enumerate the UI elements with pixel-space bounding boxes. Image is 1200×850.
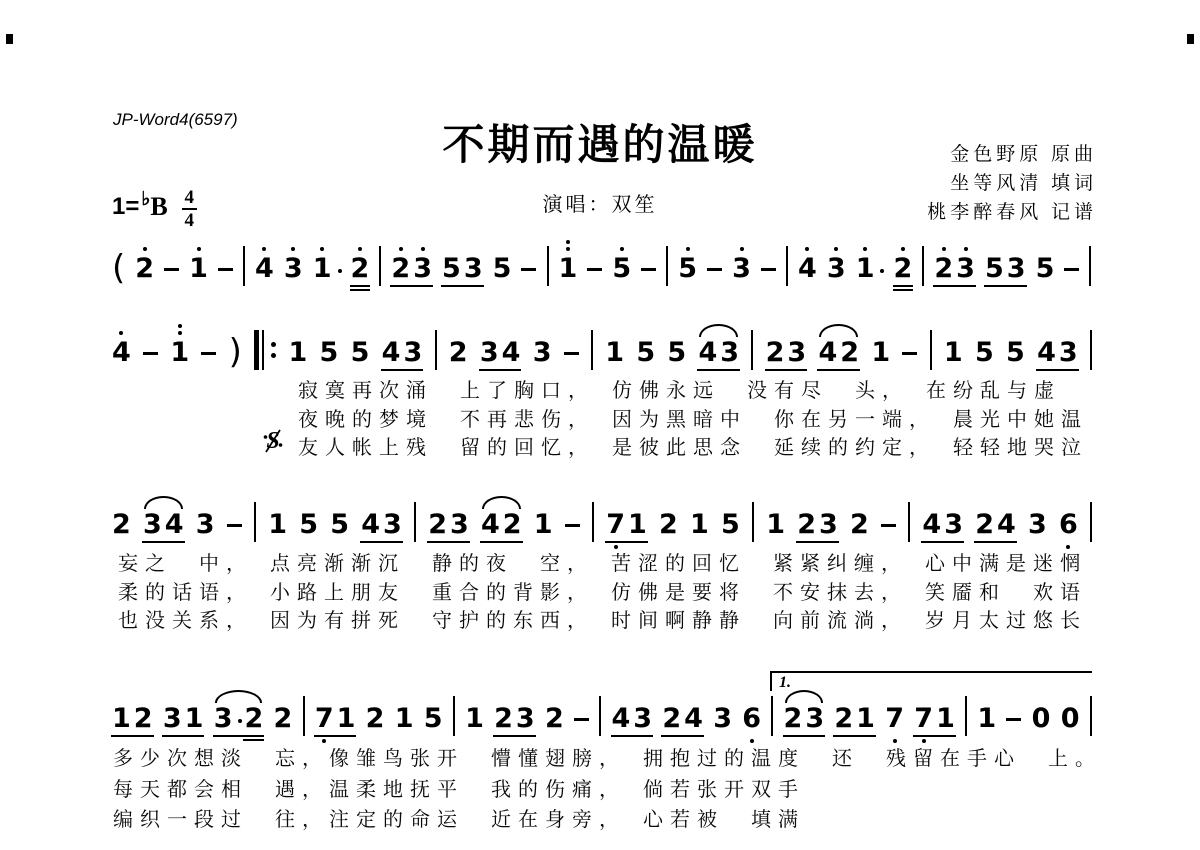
note-number: 3 [214,703,233,734]
note-number: 2 [662,703,681,734]
note: 3 [787,339,806,366]
note: 7 [885,705,904,732]
note-number: 5 [424,703,443,734]
beam-underline [974,541,1017,543]
lyric-line: 友人帐上残 留的回忆， 是彼此思念 延续的约定， 轻轻地哭泣 [298,431,1088,460]
note-group: 53 [442,255,483,282]
note: 2 [244,705,263,732]
duration-dash [1006,718,1021,721]
note-number: 4 [112,337,131,368]
octave-dot-above [143,247,147,251]
note-number: 1 [977,703,996,734]
note-number: 4 [698,337,717,368]
note: 1 [856,255,875,282]
note: 2 [274,705,293,732]
note-number: 4 [684,703,703,734]
beam-underline [783,735,826,737]
note-number: 5 [636,337,655,368]
music-system-3: 23431554323421712151232432436 [112,504,1092,538]
note-number: 3 [413,253,432,284]
note-number: 3 [720,337,739,368]
slur-arc [482,496,521,509]
duration-dash [761,268,776,271]
duration-dash [143,352,158,355]
note-number: 1 [690,509,709,540]
barline [243,246,245,286]
note: 5 [612,255,631,282]
open-paren: ( [112,251,125,285]
note-number: 3 [480,337,499,368]
note-number: 0 [1032,703,1051,734]
note: 3 [143,511,162,538]
note-number: 5 [299,509,318,540]
credit-transcriber: 桃李醉春风 记谱 [927,198,1097,227]
note: 2 [449,339,468,366]
repeat-dot [271,342,276,347]
lyric-line: 夜晚的梦境 不再悲伤， 因为黑暗中 你在另一端， 晨光中她温 [298,403,1088,432]
barline [414,502,416,542]
beam-underline [480,541,523,543]
note: 1 [465,705,484,732]
note-number: 4 [165,509,184,540]
octave-dot-above [805,247,809,251]
octave-dot-above [291,247,295,251]
slur-arc [215,690,263,703]
key-tonic: 1= [112,193,139,221]
note: 3 [1028,511,1047,538]
note-number: 2 [659,509,678,540]
note-number: 1 [268,509,287,540]
duration-underline [893,289,914,291]
note: 3 [403,339,422,366]
note: 7 [315,705,334,732]
barline [965,696,967,736]
note-number: 1 [936,703,955,734]
barline [908,502,910,542]
meter-beats: 4 [184,188,194,207]
note: 4 [997,511,1016,538]
note: 1 [534,511,553,538]
augmentation-dot [880,269,884,273]
octave-dot-above [197,247,201,251]
note-group: 23 [766,339,807,366]
note-number: 2 [975,509,994,540]
note-number: 1 [856,253,875,284]
note-number: 1 [395,703,414,734]
note: 3 [827,255,846,282]
octave-dot-above [740,247,744,251]
note: 2 [784,705,803,732]
note-number: 4 [361,509,380,540]
close-paren: ) [229,335,242,369]
note: 2 [934,255,953,282]
repeat-dots [271,342,276,358]
note-number: 4 [255,253,274,284]
slur-arc [144,496,183,509]
barline [666,246,668,286]
note: 2 [112,511,131,538]
note: 1 [185,705,204,732]
note: 5 [667,339,686,366]
note-number: 3 [713,703,732,734]
note-number: 1 [288,337,307,368]
note-number: 5 [985,253,1004,284]
note-number: 5 [351,337,370,368]
note-group: 23 [797,511,838,538]
note: 6 [742,705,761,732]
note: 4 [382,339,401,366]
note: 2 [134,705,153,732]
lyric-line: 每天都会相 遇，温柔地抚平 我的伤痛， 倘若张开双手 [113,773,805,802]
octave-dot-above [566,247,570,251]
note-number: 7 [606,509,625,540]
note: 1 [268,511,287,538]
note-number: 2 [934,253,953,284]
note: 4 [612,705,631,732]
note: 2 [545,705,564,732]
note-group: 32 [214,705,264,732]
note-number: 5 [721,509,740,540]
beam-underline [142,541,185,543]
note: 3 [1059,339,1078,366]
octave-dot-above [178,331,182,335]
duration-dash [565,524,580,527]
augmentation-dot [338,269,342,273]
duration-dash [641,268,656,271]
note-number: 3 [732,253,751,284]
note-group: 53 [985,255,1026,282]
key-signature: 1= ♭ B 4 4 [112,186,197,228]
note-number: 1 [189,253,208,284]
note: 3 [196,511,215,538]
note: 5 [320,339,339,366]
note-number: 3 [163,703,182,734]
note-number: 2 [351,253,370,284]
note: 4 [165,511,184,538]
note-number: 1 [170,337,189,368]
note: 5 [424,705,443,732]
note-number: 1 [337,703,356,734]
note: 2 [391,255,410,282]
note: 4 [684,705,703,732]
segno-icon: S [262,428,284,454]
beam-underline [605,541,648,543]
note-number: 3 [516,703,535,734]
note-number: 5 [1006,337,1025,368]
note: 1 [112,705,131,732]
note-group: 71 [315,705,356,732]
note-number: 3 [1028,509,1047,540]
note-group: 43 [612,705,653,732]
duration-dash [902,352,917,355]
duration-dash [564,352,579,355]
flat-icon: ♭ [141,188,150,211]
note: 3 [713,705,732,732]
note-group: 23 [428,511,469,538]
note-number: 3 [196,509,215,540]
note-number: 2 [766,337,785,368]
note: 1 [559,255,578,282]
note: 5 [351,339,370,366]
note-group: 34 [143,511,184,538]
note: 3 [214,705,233,732]
note: 2 [494,705,513,732]
note-number: 5 [330,509,349,540]
duration-dash [574,718,589,721]
music-system-2: 41)155432343155432342115543 [112,332,1092,366]
beam-underline [933,285,976,287]
note-number: 3 [827,253,846,284]
note: 5 [975,339,994,366]
note: 4 [922,511,941,538]
beam-underline [913,735,956,737]
octave-dot-above [119,331,123,335]
barline [591,330,593,370]
duration-dash [587,268,602,271]
beam-underline [390,285,433,287]
note: 5 [299,511,318,538]
note-number: 5 [975,337,994,368]
lyric-line: 多少次想淡 忘，像雏鸟张开 懵懂翅膀， 拥抱过的温度 还 残留在手心 上。 [113,742,1102,771]
octave-dot-above [566,240,570,244]
note: 5 [330,511,349,538]
note-number: 3 [143,509,162,540]
beam-underline [427,541,470,543]
duration-dash [1064,268,1079,271]
note-number: 3 [403,337,422,368]
note-number: 4 [818,337,837,368]
note-group: 21 [834,705,875,732]
volta-bracket: 1. [770,671,1092,691]
duration-dash [227,524,242,527]
note: 4 [361,511,380,538]
note-number: 4 [382,337,401,368]
note-number: 2 [784,703,803,734]
beam-underline [162,735,205,737]
duration-dash [201,352,216,355]
note-number: 2 [840,337,859,368]
note-number: 2 [112,509,131,540]
credits-block: 金色野原 原曲 坐等风清 填词 桃李醉春风 记谱 [927,140,1097,227]
augmentation-dot [238,719,242,723]
score-page: JP-Word4(6597) 不期而遇的温暖 演唱：双笙 金色野原 原曲 坐等风… [0,0,1200,850]
note: 4 [255,255,274,282]
note: 2 [834,705,853,732]
note: 4 [112,339,131,366]
octave-dot-above [178,324,182,328]
note: 5 [721,511,740,538]
barline [592,502,594,542]
note: 7 [606,511,625,538]
beam-underline [111,735,154,737]
barline [1090,502,1092,542]
beam-underline [493,735,536,737]
octave-dot-above [320,247,324,251]
note: 1 [936,705,955,732]
note-group: 31 [163,705,204,732]
note: 3 [413,255,432,282]
note: 3 [383,511,402,538]
duration-underline [893,285,914,287]
note: 2 [840,339,859,366]
note-number: 4 [502,337,521,368]
corner-mark [6,34,13,44]
note-group: 23 [784,705,825,732]
note: 1 [690,511,709,538]
note-number: 5 [1036,253,1055,284]
barline [752,502,754,542]
barline [786,246,788,286]
note-number: 3 [284,253,303,284]
repeat-begin-sign [254,330,276,370]
barline [254,502,256,542]
note-number: 2 [134,703,153,734]
barline [379,246,381,286]
barline [453,696,455,736]
note: 5 [1036,255,1055,282]
time-signature: 4 4 [182,188,197,230]
note: 3 [819,511,838,538]
note-number: 3 [450,509,469,540]
note-number: 1 [856,703,875,734]
note: 5 [442,255,461,282]
repeat-thin-bar [262,330,264,370]
note-number: 3 [533,337,552,368]
note-number: 2 [850,509,869,540]
note-number: 3 [1007,253,1026,284]
duration-underline [243,739,264,741]
note: 1 [856,705,875,732]
note: 1 [395,705,414,732]
note-number: 1 [766,509,785,540]
lyric-line: 编织一段过 往，注定的命运 近在身旁， 心若被 填满 [113,803,805,832]
note: 1 [605,339,624,366]
note: 4 [798,255,817,282]
note: 2 [975,511,994,538]
octave-dot-above [834,247,838,251]
note-number: 2 [494,703,513,734]
note: 3 [732,255,751,282]
barline [303,696,305,736]
note: 1 [871,339,890,366]
note: 5 [493,255,512,282]
note-number: 2 [503,509,522,540]
note: 3 [633,705,652,732]
note-number: 7 [914,703,933,734]
note-number: 4 [481,509,500,540]
note-number: 2 [834,703,853,734]
note-number: 5 [612,253,631,284]
barline [771,696,773,736]
note-number: 2 [135,253,154,284]
octave-dot-above [399,247,403,251]
note: 5 [985,255,1004,282]
note-group: 43 [361,511,402,538]
note-number: 4 [997,509,1016,540]
note-group: 34 [480,339,521,366]
note: 1 [766,511,785,538]
barline [547,246,549,286]
note-group: 23 [391,255,432,282]
barline [930,330,932,370]
credit-composer: 金色野原 原曲 [927,140,1097,169]
note-number: 5 [678,253,697,284]
note: 5 [1006,339,1025,366]
note-number: 2 [428,509,447,540]
note: 2 [662,705,681,732]
note-number: 4 [612,703,631,734]
note-number: 6 [742,703,761,734]
note: 2 [894,255,913,282]
note-group: 71 [606,511,647,538]
note: 2 [797,511,816,538]
beam-underline [817,369,860,371]
music-system-1: (214312235351553431223535 [112,248,1092,282]
note-group: 71 [914,705,955,732]
note-number: 3 [787,337,806,368]
beam-underline [441,285,484,287]
note: 1 [170,339,189,366]
note-number: 2 [366,703,385,734]
note-group: 43 [922,511,963,538]
note-number: 2 [797,509,816,540]
duration-underline [350,285,371,287]
note-group: 43 [382,339,423,366]
note-number: 1 [534,509,553,540]
note: 3 [284,255,303,282]
note-group: 43 [698,339,739,366]
octave-dot-above [964,247,968,251]
beam-underline [360,541,403,543]
note: 3 [956,255,975,282]
note-number: 3 [956,253,975,284]
beam-underline [314,735,357,737]
note: 4 [698,339,717,366]
note: 4 [818,339,837,366]
note: 1 [337,705,356,732]
note: 2 [428,511,447,538]
note-number: 5 [667,337,686,368]
barline [599,696,601,736]
note-number: 1 [112,703,131,734]
octave-dot-above [358,247,362,251]
duration-dash [707,268,722,271]
note: 3 [163,705,182,732]
beam-underline [833,735,876,737]
barline [1089,246,1091,286]
beam-underline [661,735,704,737]
note-number: 1 [944,337,963,368]
note-group: 23 [934,255,975,282]
note: 3 [805,705,824,732]
duration-dash [164,268,179,271]
beam-underline [921,541,964,543]
octave-dot-above [620,247,624,251]
note: 0 [1061,705,1080,732]
note-number: 4 [922,509,941,540]
note: 1 [944,339,963,366]
note: 3 [1007,255,1026,282]
meter-beat-type: 4 [184,211,194,230]
key-letter: B [150,192,167,222]
note-number: 2 [244,703,263,734]
note-number: 3 [464,253,483,284]
note-number: 3 [1059,337,1078,368]
note-number: 7 [885,703,904,734]
note: 2 [766,339,785,366]
note-number: 4 [798,253,817,284]
octave-dot-above [686,247,690,251]
